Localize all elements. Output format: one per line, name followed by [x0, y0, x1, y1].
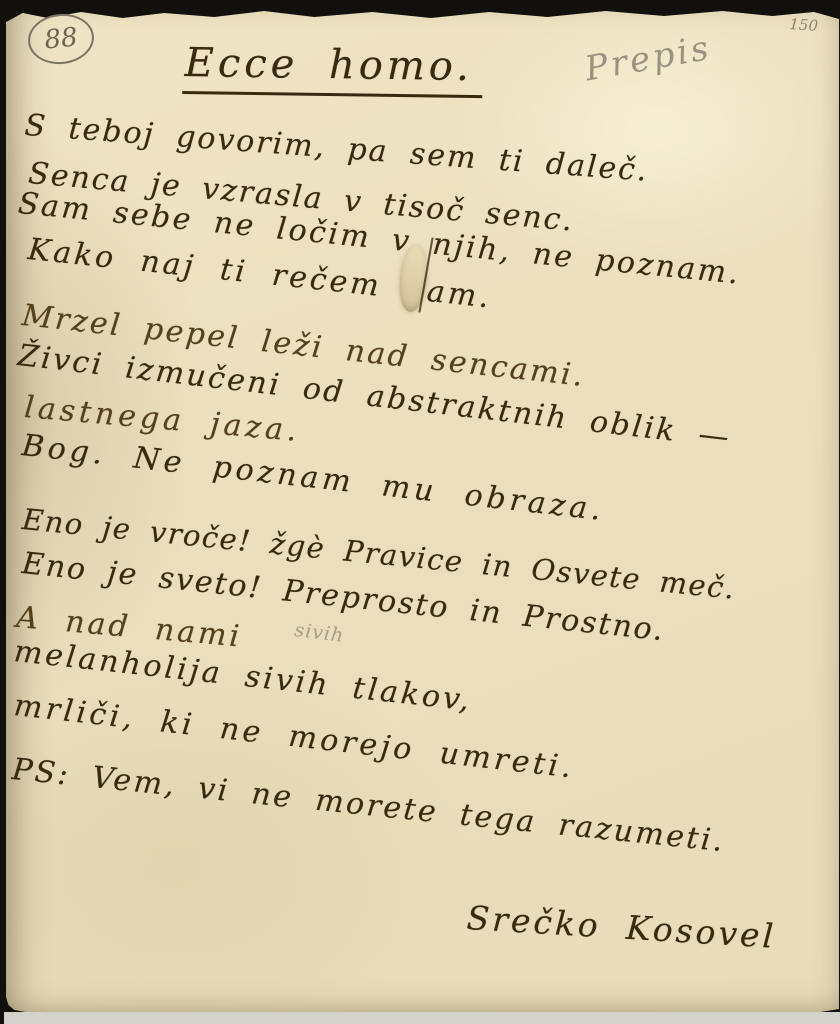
poem-line: PS: Vem, vi ne morete tega razumeti. — [10, 752, 726, 859]
pencil-annotation: sivih — [293, 619, 345, 647]
folio-number: 150 — [789, 15, 819, 35]
archive-number: 88 — [43, 22, 79, 55]
author-signature: Srečko Kosovel — [466, 898, 778, 956]
pencil-note-prepis: Prepis — [582, 28, 714, 90]
poem-title: Ecce homo. — [182, 40, 483, 98]
manuscript-content: 88 150 Ecce homo. Prepis S teboj govorim… — [0, 0, 840, 1024]
archive-number-circle: 88 — [26, 11, 97, 68]
manuscript-scan: 88 150 Ecce homo. Prepis S teboj govorim… — [0, 0, 840, 1024]
